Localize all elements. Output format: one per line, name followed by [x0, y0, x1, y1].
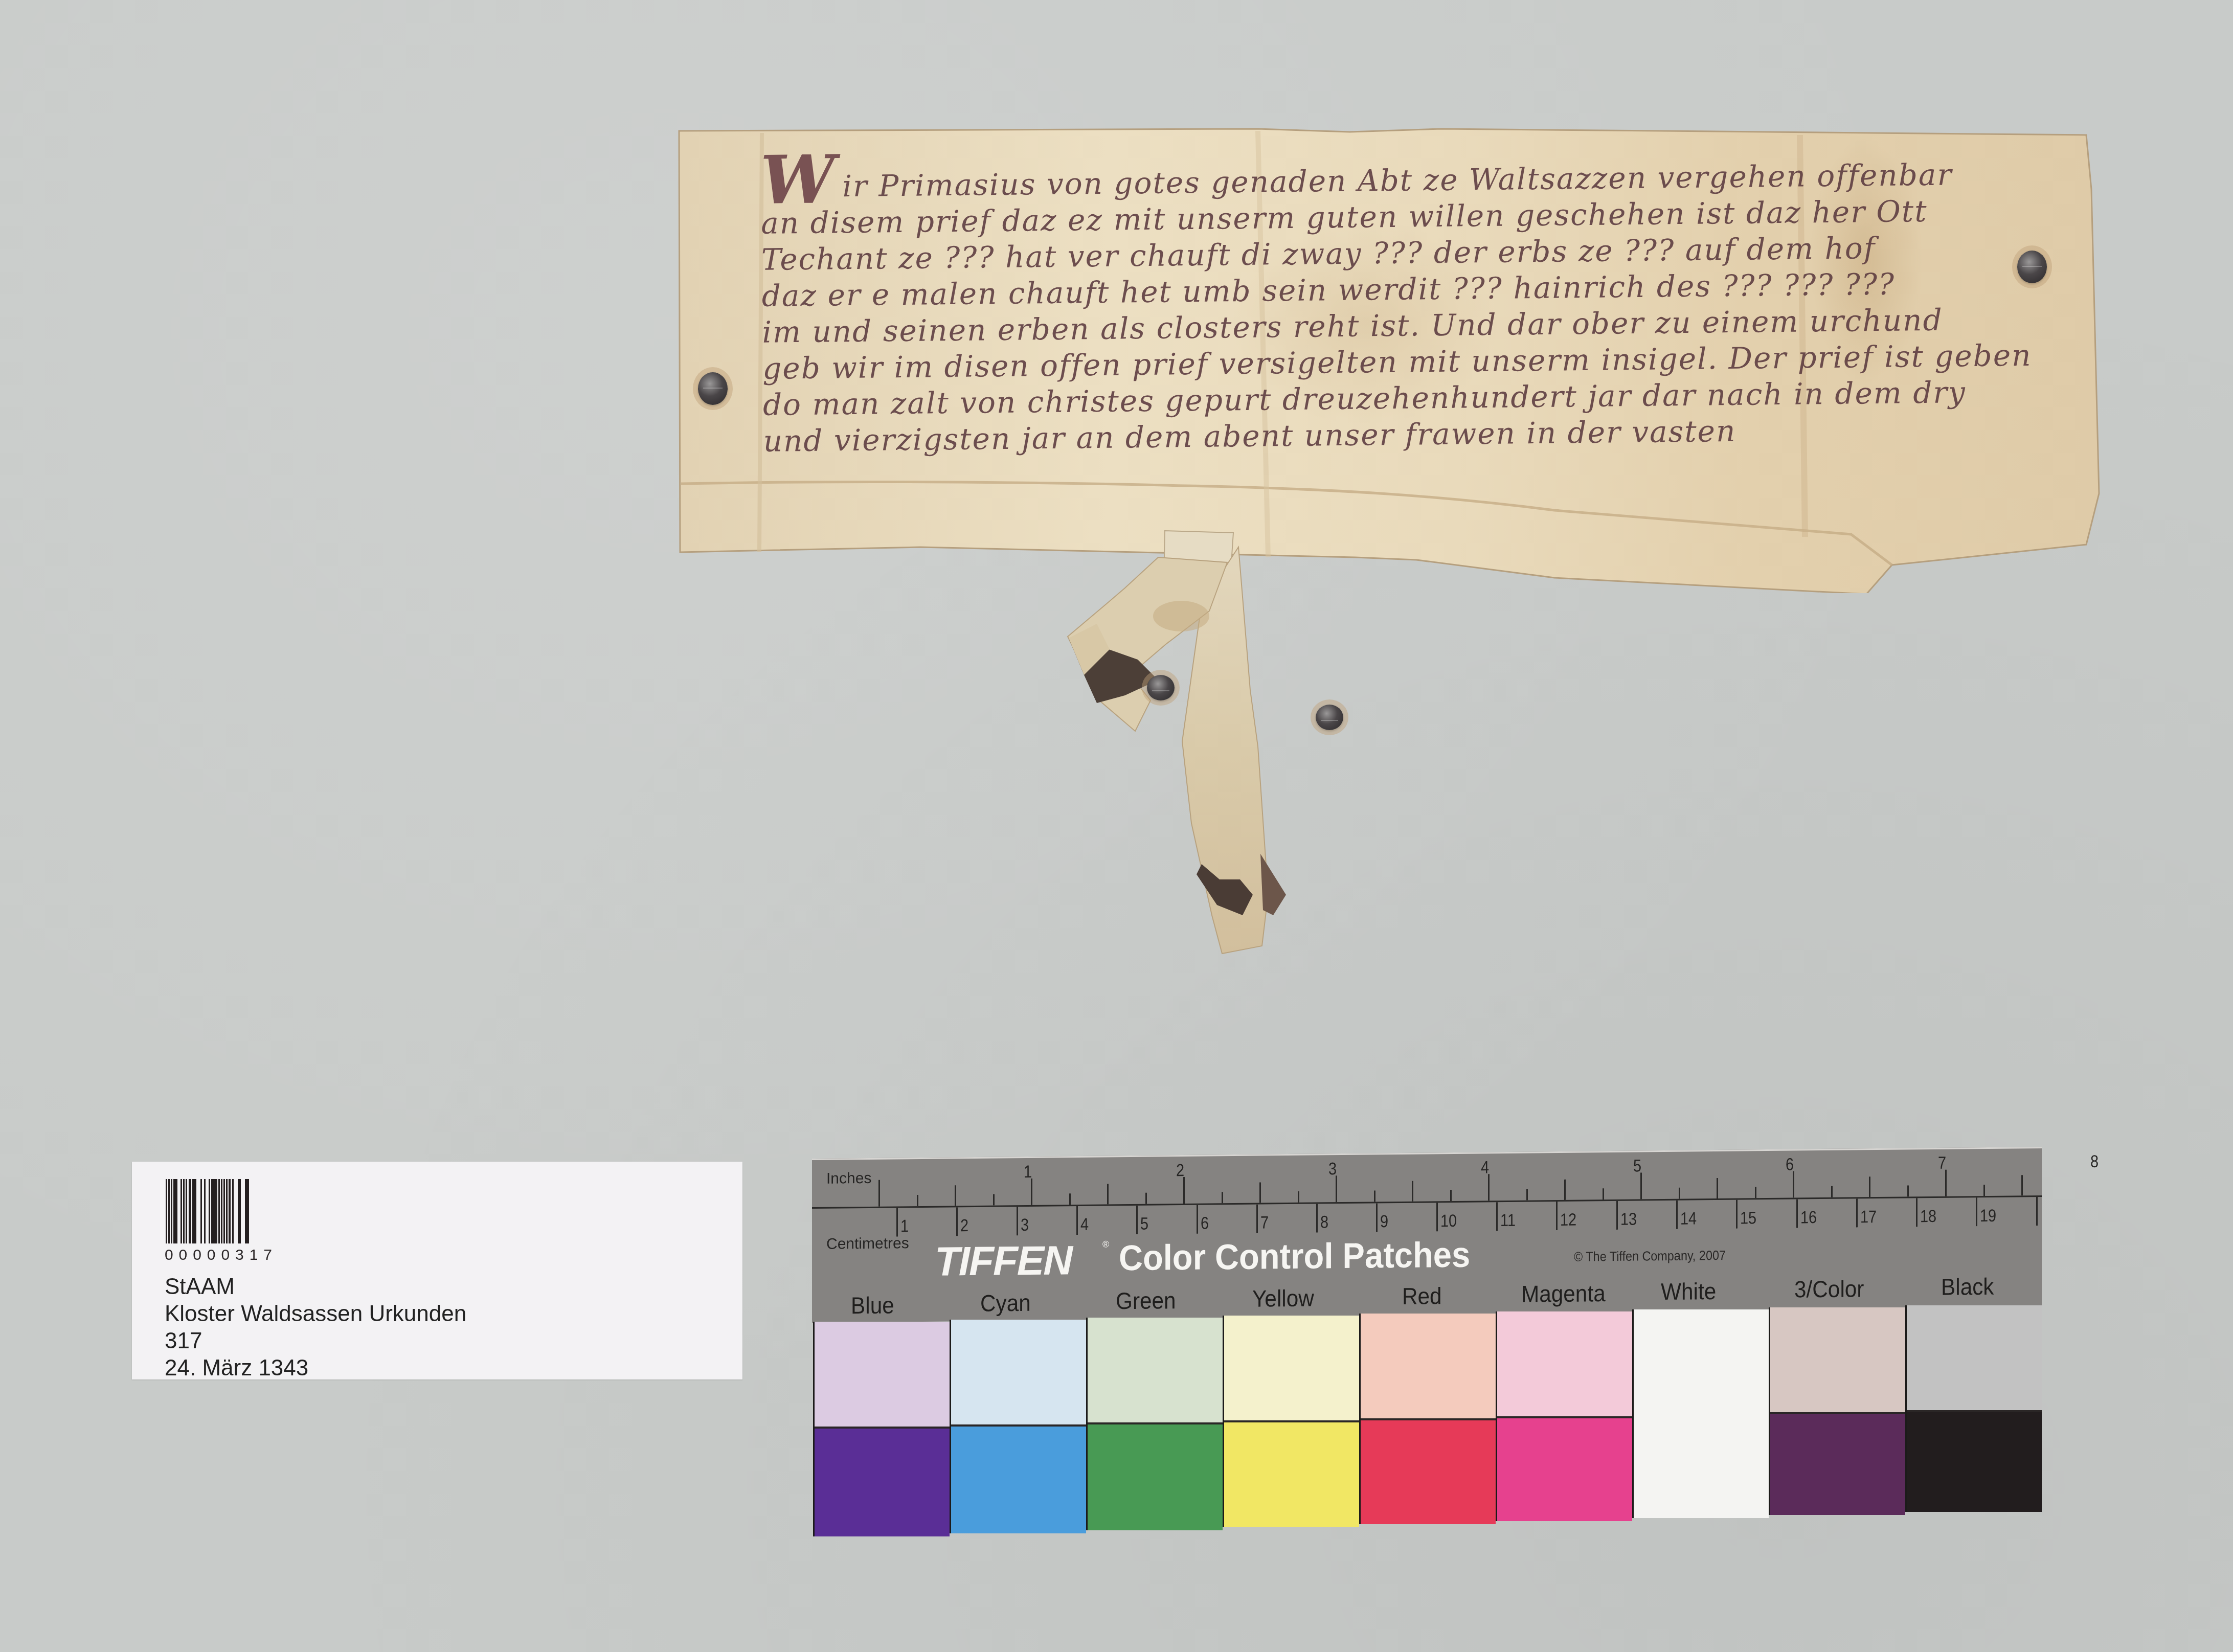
light-patch — [1224, 1316, 1359, 1420]
cm-mark-label: 19 — [1980, 1206, 1996, 1226]
cm-tick — [1316, 1204, 1318, 1233]
cm-tick — [1796, 1199, 1798, 1228]
inch-tick — [1259, 1183, 1261, 1203]
inch-tick — [1679, 1188, 1680, 1199]
right-grommet-icon — [2017, 251, 2047, 283]
document-number: 317 — [165, 1327, 466, 1354]
cm-mark-label: 4 — [1080, 1215, 1089, 1235]
light-patch — [815, 1322, 950, 1427]
cm-mark-label: 12 — [1560, 1210, 1576, 1230]
dark-patch — [1907, 1410, 2042, 1512]
inch-mark-label: 2 — [1176, 1161, 1184, 1181]
registered-mark: ® — [1102, 1239, 1109, 1250]
inch-tick — [1107, 1184, 1109, 1204]
light-patch — [1361, 1314, 1496, 1418]
inch-tick — [878, 1180, 880, 1207]
tiffen-color-card: Inches 123456781234567891011121314151617… — [812, 1145, 2044, 1534]
inch-tick — [1945, 1170, 1947, 1196]
barcode-gap — [234, 1179, 238, 1243]
cm-tick — [1256, 1205, 1258, 1233]
label-text: StAAM Kloster Waldsassen Urkunden 317 24… — [165, 1273, 466, 1382]
inch-tick — [1031, 1179, 1032, 1205]
patch-label-black: Black — [1941, 1273, 1994, 1301]
light-patch — [1770, 1307, 1905, 1412]
ruler-panel: Inches 123456781234567891011121314151617… — [812, 1147, 2042, 1323]
cm-tick — [2036, 1197, 2038, 1226]
cm-tick — [1436, 1203, 1438, 1231]
cm-mark-label: 3 — [1021, 1215, 1029, 1235]
barcode — [166, 1179, 249, 1243]
inch-mark-label: 5 — [1633, 1156, 1641, 1176]
cm-mark-label: 1 — [900, 1216, 909, 1236]
inch-tick — [1412, 1181, 1413, 1202]
patch-label-3-color: 3/Color — [1794, 1275, 1864, 1303]
inch-tick — [1831, 1186, 1833, 1197]
dark-patch — [1361, 1418, 1496, 1524]
patch-label-yellow: Yellow — [1252, 1284, 1314, 1312]
left-grommet-icon — [698, 372, 728, 405]
inch-tick — [1298, 1191, 1299, 1203]
cm-tick — [1076, 1206, 1078, 1235]
inch-tick — [1450, 1190, 1452, 1201]
inch-mark-label: 1 — [1024, 1162, 1032, 1182]
card-title: Color Control Patches — [1119, 1234, 1470, 1279]
inch-tick — [1717, 1178, 1718, 1198]
inch-mark-label: 8 — [2090, 1152, 2099, 1172]
patch-column-blue — [813, 1322, 950, 1536]
strap-rivet-icon-1 — [1147, 675, 1175, 700]
cm-tick — [1017, 1207, 1018, 1235]
inch-tick — [1069, 1193, 1071, 1205]
cm-tick — [1556, 1202, 1558, 1230]
inch-tick — [1640, 1172, 1642, 1199]
patch-column-cyan — [950, 1320, 1086, 1533]
patch-column-yellow — [1223, 1316, 1359, 1527]
barcode-gap — [196, 1179, 200, 1243]
seal-straps — [1048, 527, 1457, 1089]
light-patch — [951, 1320, 1086, 1424]
cm-tick — [1136, 1206, 1138, 1234]
strap-rivet-icon-2 — [1316, 705, 1343, 730]
cm-mark-label: 2 — [960, 1216, 968, 1236]
barcode-bar — [173, 1179, 177, 1243]
patch-column-red — [1359, 1314, 1496, 1524]
parchment-charter: Wir Primasius von gotes genaden Abt ze W… — [675, 128, 2102, 593]
cm-tick — [1197, 1205, 1198, 1234]
cm-tick — [1496, 1202, 1498, 1231]
inch-mark-label: 7 — [1938, 1153, 1946, 1173]
inch-mark-label: 6 — [1786, 1155, 1794, 1175]
patch-names: BlueCyanGreenYellowRedMagentaWhite3/Colo… — [812, 1148, 2042, 1160]
cm-mark-label: 5 — [1140, 1214, 1148, 1234]
light-patch — [1088, 1318, 1223, 1422]
inch-tick — [917, 1195, 918, 1206]
inch-tick — [1564, 1180, 1566, 1200]
inch-tick — [1755, 1187, 1756, 1198]
patch-label-green: Green — [1116, 1286, 1176, 1315]
cm-mark-label: 13 — [1620, 1210, 1637, 1230]
catalogue-label: 0 0 0 0 0 3 1 7 StAAM Kloster Waldsassen… — [132, 1162, 742, 1379]
patch-column-white — [1632, 1309, 1769, 1518]
archive-name: StAAM — [165, 1273, 466, 1300]
barcode-bar — [192, 1179, 196, 1243]
patch-label-blue: Blue — [851, 1291, 894, 1319]
cm-tick — [1916, 1198, 1918, 1227]
barcode-digits: 0 0 0 0 0 3 1 7 — [165, 1247, 272, 1264]
barcode-gap — [241, 1179, 245, 1243]
centimetres-label: Centimetres — [826, 1235, 909, 1253]
cm-tick — [1616, 1201, 1618, 1230]
inch-tick — [1145, 1193, 1147, 1204]
patch-label-white: White — [1661, 1277, 1716, 1305]
inch-tick — [993, 1194, 995, 1206]
dark-patch — [1088, 1422, 1223, 1530]
light-patch — [1497, 1311, 1632, 1416]
seal-strap-shapes — [1048, 527, 1457, 1089]
cm-mark-label: 10 — [1440, 1211, 1457, 1231]
inches-label: Inches — [826, 1170, 871, 1188]
patch-column-magenta — [1496, 1311, 1632, 1521]
patch-label-red: Red — [1402, 1282, 1442, 1310]
inch-tick — [1374, 1190, 1375, 1202]
light-patch — [1907, 1305, 2042, 1410]
barcode-bar — [245, 1179, 249, 1243]
patch-label-cyan: Cyan — [980, 1289, 1031, 1317]
cm-mark-label: 18 — [1920, 1207, 1936, 1227]
inch-tick — [1793, 1171, 1794, 1198]
inch-tick — [1488, 1174, 1490, 1201]
inch-tick — [955, 1185, 956, 1206]
cm-mark-label: 6 — [1201, 1214, 1209, 1234]
cm-mark-label: 11 — [1500, 1211, 1516, 1231]
cm-tick — [1976, 1197, 1977, 1226]
cm-mark-label: 17 — [1860, 1207, 1877, 1227]
dark-patch — [815, 1427, 950, 1536]
copyright-text: © The Tiffen Company, 2007 — [1574, 1248, 1726, 1265]
patch-column-black — [1905, 1305, 2042, 1512]
inch-tick — [1907, 1185, 1909, 1196]
cm-tick — [1676, 1201, 1678, 1229]
cm-mark-label: 14 — [1680, 1209, 1697, 1229]
inch-tick — [1526, 1189, 1528, 1201]
patch-label-magenta: Magenta — [1521, 1279, 1606, 1308]
charter-script: Wir Primasius von gotes genaden Abt ze W… — [760, 152, 2016, 460]
cm-mark-label: 15 — [1740, 1208, 1756, 1228]
document-date: 24. März 1343 — [165, 1354, 466, 1382]
barcode-bar — [211, 1179, 217, 1243]
cm-tick — [1376, 1203, 1378, 1232]
patch-column-green — [1086, 1318, 1223, 1530]
dark-patch — [1224, 1420, 1359, 1527]
inch-mark-label: 3 — [1328, 1159, 1337, 1179]
dark-patch — [951, 1424, 1086, 1533]
inch-mark-label: 4 — [1481, 1158, 1489, 1178]
dark-patch — [1497, 1416, 1632, 1521]
cm-tick — [1856, 1198, 1858, 1227]
cm-tick — [1736, 1200, 1738, 1229]
collection-name: Kloster Waldsassen Urkunden — [165, 1300, 466, 1327]
light-patch — [1634, 1309, 1769, 1518]
inch-tick — [1336, 1175, 1337, 1202]
tiffen-logo: TIFFEN — [935, 1237, 1072, 1285]
inch-tick — [2021, 1175, 2023, 1195]
cm-tick — [896, 1208, 898, 1236]
patch-column-3-color — [1769, 1307, 1905, 1515]
cm-mark-label: 8 — [1320, 1212, 1328, 1232]
cm-mark-label: 16 — [1800, 1208, 1817, 1228]
decorated-initial: W — [760, 164, 837, 196]
inch-tick — [1983, 1185, 1985, 1196]
ruler-ticks: 1234567812345678910111213141516171819 — [812, 1148, 2042, 1160]
cm-mark-label: 9 — [1380, 1212, 1388, 1232]
inch-tick — [1183, 1177, 1185, 1204]
cm-tick — [956, 1207, 958, 1236]
inch-tick — [1222, 1192, 1223, 1203]
inch-tick — [1603, 1188, 1604, 1200]
dark-patch — [1770, 1412, 1905, 1515]
inch-tick — [1869, 1176, 1870, 1197]
cm-mark-label: 7 — [1260, 1213, 1269, 1233]
